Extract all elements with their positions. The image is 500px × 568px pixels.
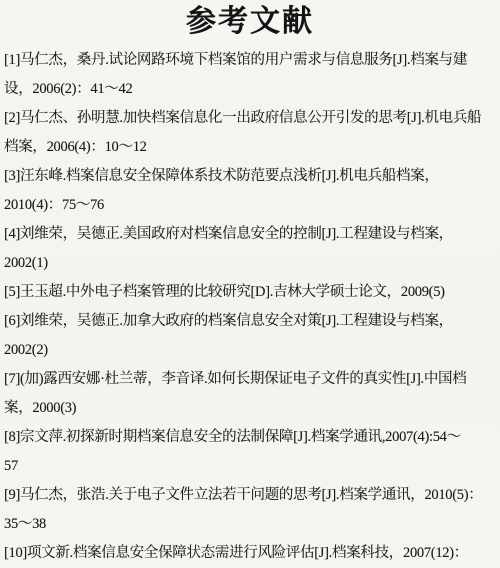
reference-entry: [1]马仁杰，桑丹.试论网路环境下档案馆的用户需求与信息服务[J].档案与建设，…: [4, 46, 496, 104]
reference-line: [4]刘维荣，吴德正.美国政府对档案信息安全的控制[J].工程建设与档案，: [4, 220, 496, 249]
reference-entry: [4]刘维荣，吴德正.美国政府对档案信息安全的控制[J].工程建设与档案，200…: [4, 220, 496, 278]
reference-list: [1]马仁杰，桑丹.试论网路环境下档案馆的用户需求与信息服务[J].档案与建设，…: [0, 46, 500, 568]
reference-line: 2002(2): [4, 336, 496, 365]
reference-line: 档案，2006(4)：10～12: [4, 133, 496, 162]
scanned-page: 参考文献 [1]马仁杰，桑丹.试论网路环境下档案馆的用户需求与信息服务[J].档…: [0, 4, 500, 568]
reference-line: [8]宗文萍.初探新时期档案信息安全的法制保障[J].档案学通讯,2007(4)…: [4, 423, 496, 452]
reference-line: 2010(4)：75～76: [4, 191, 496, 220]
reference-line: [7](加)露西安娜·杜兰蒂，李音译.如何长期保证电子文件的真实性[J].中国档: [4, 365, 496, 394]
reference-line: [2]马仁杰、孙明慧.加快档案信息化一出政府信息公开引发的思考[J].机电兵船: [4, 104, 496, 133]
reference-entry: [2]马仁杰、孙明慧.加快档案信息化一出政府信息公开引发的思考[J].机电兵船档…: [4, 104, 496, 162]
page-title: 参考文献: [0, 4, 500, 40]
reference-entry: [10]项文新.档案信息安全保障状态需进行风险评估[J].档案科技，2007(1…: [4, 539, 496, 568]
reference-entry: [5]王玉超.中外电子档案管理的比较研究[D].吉林大学硕士论文，2009(5): [4, 278, 496, 307]
reference-line: [1]马仁杰，桑丹.试论网路环境下档案馆的用户需求与信息服务[J].档案与建: [4, 46, 496, 75]
reference-line: [5]王玉超.中外电子档案管理的比较研究[D].吉林大学硕士论文，2009(5): [4, 278, 496, 307]
reference-line: [6]刘维荣，吴德正.加拿大政府的档案信息安全对策[J].工程建设与档案，: [4, 307, 496, 336]
reference-entry: [3]汪东峰.档案信息安全保障体系技术防范要点浅析[J].机电兵船档案，2010…: [4, 162, 496, 220]
reference-line: [3]汪东峰.档案信息安全保障体系技术防范要点浅析[J].机电兵船档案，: [4, 162, 496, 191]
reference-line: 57: [4, 452, 496, 481]
reference-line: 设，2006(2)：41～42: [4, 75, 496, 104]
reference-entry: [8]宗文萍.初探新时期档案信息安全的法制保障[J].档案学通讯,2007(4)…: [4, 423, 496, 481]
reference-line: [10]项文新.档案信息安全保障状态需进行风险评估[J].档案科技，2007(1…: [4, 539, 496, 568]
reference-line: 35～38: [4, 510, 496, 539]
reference-line: 案，2000(3): [4, 394, 496, 423]
reference-line: [9]马仁杰，张浩.关于电子文件立法若干问题的思考[J].档案学通讯，2010(…: [4, 481, 496, 510]
reference-entry: [7](加)露西安娜·杜兰蒂，李音译.如何长期保证电子文件的真实性[J].中国档…: [4, 365, 496, 423]
reference-line: 2002(1): [4, 249, 496, 278]
reference-entry: [9]马仁杰，张浩.关于电子文件立法若干问题的思考[J].档案学通讯，2010(…: [4, 481, 496, 539]
reference-entry: [6]刘维荣，吴德正.加拿大政府的档案信息安全对策[J].工程建设与档案，200…: [4, 307, 496, 365]
